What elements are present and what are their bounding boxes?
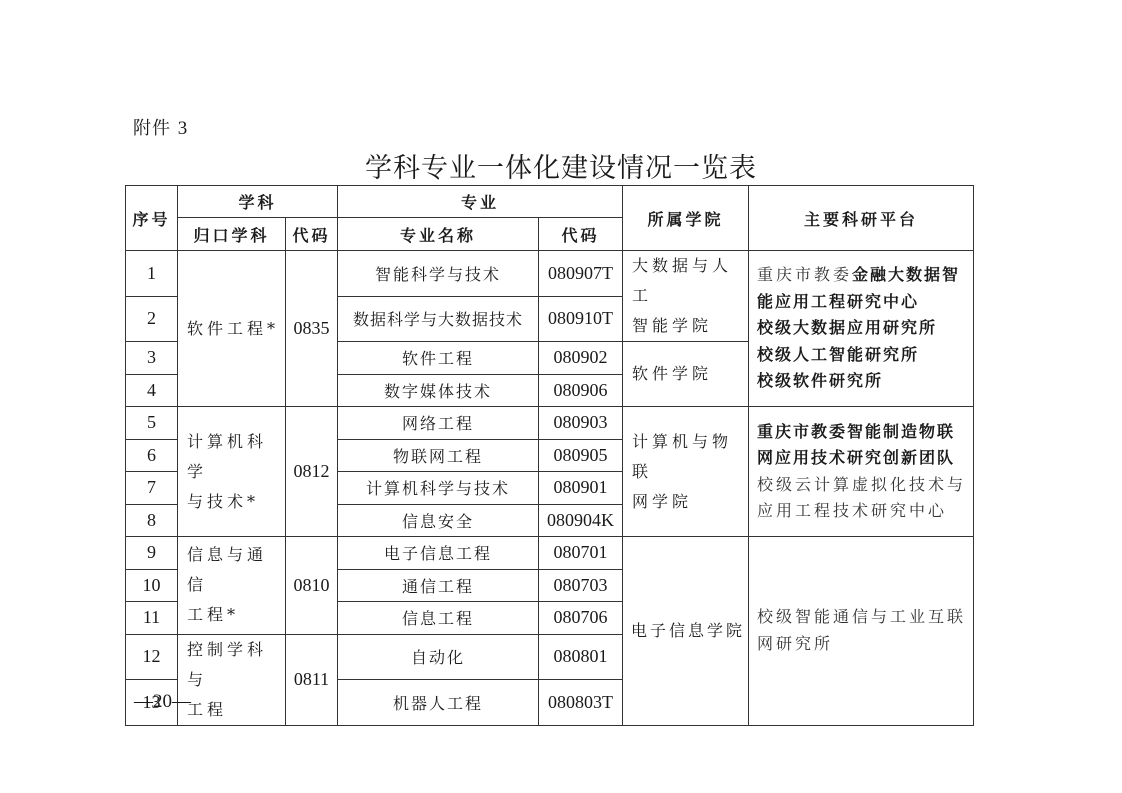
major-code-cell: 080901 <box>539 472 623 505</box>
major-name-cell: 软件工程 <box>338 342 539 375</box>
platform-cell: 重庆市教委金融大数据智 能应用工程研究中心 校级大数据应用研究所 校级人工智能研… <box>749 251 974 407</box>
major-name-cell: 通信工程 <box>338 569 539 602</box>
platform-cell: 校级智能通信与工业互联 网研究所 <box>749 537 974 726</box>
header-major-code: 代码 <box>539 218 623 251</box>
seq-cell: 6 <box>126 439 178 472</box>
table-row: 5 计算机科学与技术* 0812 网络工程 080903 计算机与物联网学院 重… <box>126 407 974 440</box>
major-code-cell: 080706 <box>539 602 623 635</box>
major-name-cell: 电子信息工程 <box>338 537 539 570</box>
major-code-cell: 080910T <box>539 296 623 342</box>
major-code-cell: 080902 <box>539 342 623 375</box>
discipline-code-cell: 0835 <box>286 251 338 407</box>
platform-cell: 重庆市教委智能制造物联 网应用技术研究创新团队 校级云计算虚拟化技术与 应用工程… <box>749 407 974 537</box>
college-cell: 大数据与人工智能学院 <box>623 251 749 342</box>
discipline-code-cell: 0811 <box>286 634 338 725</box>
page-number: —20— <box>134 691 191 713</box>
discipline-name-cell: 信息与通信工程* <box>178 537 286 635</box>
discipline-code-cell: 0812 <box>286 407 338 537</box>
major-code-cell: 080701 <box>539 537 623 570</box>
table-row: 1 软件工程* 0835 智能科学与技术 080907T 大数据与人工智能学院 … <box>126 251 974 297</box>
major-name-cell: 自动化 <box>338 634 539 680</box>
seq-cell: 4 <box>126 374 178 407</box>
major-name-cell: 计算机科学与技术 <box>338 472 539 505</box>
discipline-major-table: 序号 学科 专业 所属学院 主要科研平台 归口学科 代码 专业名称 代码 1 软… <box>125 185 974 726</box>
major-code-cell: 080904K <box>539 504 623 537</box>
table-row: 9 信息与通信工程* 0810 电子信息工程 080701 电子信息学院 校级智… <box>126 537 974 570</box>
discipline-name-cell: 软件工程* <box>178 251 286 407</box>
seq-cell: 8 <box>126 504 178 537</box>
header-discipline-name: 归口学科 <box>178 218 286 251</box>
college-cell: 计算机与物联网学院 <box>623 407 749 537</box>
college-cell: 电子信息学院 <box>623 537 749 726</box>
major-code-cell: 080801 <box>539 634 623 680</box>
major-name-cell: 信息工程 <box>338 602 539 635</box>
major-name-cell: 数据科学与大数据技术 <box>338 296 539 342</box>
major-code-cell: 080906 <box>539 374 623 407</box>
major-code-cell: 080905 <box>539 439 623 472</box>
header-discipline-code: 代码 <box>286 218 338 251</box>
major-name-cell: 数字媒体技术 <box>338 374 539 407</box>
header-major-group: 专业 <box>338 186 623 218</box>
major-name-cell: 机器人工程 <box>338 680 539 726</box>
seq-cell: 7 <box>126 472 178 505</box>
seq-cell: 3 <box>126 342 178 375</box>
major-code-cell: 080803T <box>539 680 623 726</box>
seq-cell: 9 <box>126 537 178 570</box>
seq-cell: 10 <box>126 569 178 602</box>
discipline-name-cell: 控制学科与工程 <box>178 634 286 725</box>
major-name-cell: 信息安全 <box>338 504 539 537</box>
seq-cell: 12 <box>126 634 178 680</box>
attachment-label: 附件 3 <box>133 114 188 140</box>
seq-cell: 5 <box>126 407 178 440</box>
header-seq: 序号 <box>126 186 178 251</box>
header-major-name: 专业名称 <box>338 218 539 251</box>
header-discipline-group: 学科 <box>178 186 338 218</box>
page-title: 学科专业一体化建设情况一览表 <box>0 146 1122 185</box>
header-platform: 主要科研平台 <box>749 186 974 251</box>
discipline-name-cell: 计算机科学与技术* <box>178 407 286 537</box>
seq-cell: 11 <box>126 602 178 635</box>
major-code-cell: 080903 <box>539 407 623 440</box>
college-cell: 软件学院 <box>623 342 749 407</box>
major-name-cell: 物联网工程 <box>338 439 539 472</box>
seq-cell: 1 <box>126 251 178 297</box>
header-college: 所属学院 <box>623 186 749 251</box>
major-code-cell: 080703 <box>539 569 623 602</box>
major-code-cell: 080907T <box>539 251 623 297</box>
discipline-code-cell: 0810 <box>286 537 338 635</box>
major-name-cell: 网络工程 <box>338 407 539 440</box>
major-name-cell: 智能科学与技术 <box>338 251 539 297</box>
seq-cell: 2 <box>126 296 178 342</box>
